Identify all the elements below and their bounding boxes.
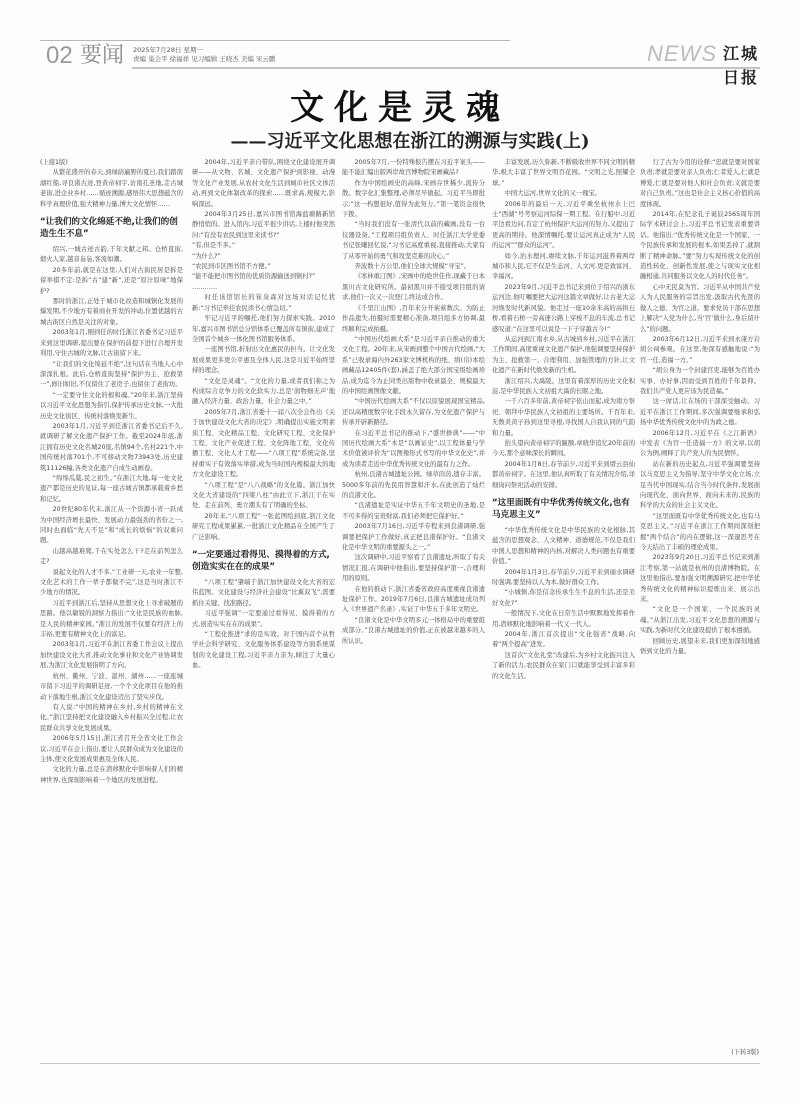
paragraph: “中国历代绘画大系”是习近平亲自推动的重大文化工程。20年来,从宋画到整个中国古… <box>342 335 485 397</box>
paragraph: “为什么?” <box>192 252 335 262</box>
paragraph: 从运河到江南水乡,从古城到乡村,习近平在浙江工作期间,高度重视文化遗产保护,他强… <box>492 335 635 377</box>
paragraph: 这一席话,让在场的干部深受触动。习近平在浙江工作期间,多次强调要继承和弘扬中华优… <box>640 397 760 428</box>
paragraph: 一千六百多年前,黄帝祠宇依山而起,成为南方祭祀、朝拜中华民族人文初祖的主要场所。… <box>492 397 635 439</box>
section-subheading: “让我们的文化绵延不绝,让我们的创造生生不息” <box>40 216 183 240</box>
paragraph: “文化是灵魂”。“文化的力量,或者我们称之为构成综合竞争力的文化软实力,总是‘润… <box>192 377 335 408</box>
paragraph: 20多年前,就是在这里,人们对古街民居是拆是留举棋不定:是拆“古”建“新”,还是… <box>40 266 183 297</box>
paragraph: 2003年7月16日,习近平专程来到良渚调研,强调要把保护工作做好,真正把良渚保… <box>342 522 485 553</box>
paragraph: “农民到市区图书馆不方便。” <box>192 262 335 272</box>
paragraph: 这首次“文化礼堂”改建后,为乡村文化振兴注入了新的活力,农民群众在家门口就能享受… <box>492 651 635 682</box>
paragraph: ………… <box>192 283 335 293</box>
continued-note: (下转3版) <box>731 1047 759 1056</box>
article-subheadline: ——习近平文化思想在浙江的溯源与实践(上) <box>0 130 800 154</box>
paragraph: 在习近平总书记的推动下,“盛世修典”——“中国历代绘画大系”本是“以画证史”,以… <box>342 429 485 471</box>
paragraph: 文化的力量,总是在潜移默化中影响着人们的精神世界,也深刻影响着一个地区的发展进程… <box>40 765 183 786</box>
paragraph: 2003年1月,习近平在浙江省委工作会议上提出加快建设文化大省,推动文化事业和文… <box>40 640 183 671</box>
paragraph: 2014年,在纪念孔子诞辰2565周年国际学术研讨会上,习近平总书记发表重要讲话… <box>640 210 760 283</box>
paragraph: “绵绵瓜瓞,民之初生。”在浙江大地,每一处文化遗产都是历史的见证,每一座古城古镇… <box>40 474 183 505</box>
paragraph: “八项工程”肇端于浙江加快建设文化大省的宏伟蓝图。文化建设与经济社会建设“比翼双… <box>192 578 335 609</box>
column-5: 行了古为今用的诠释:“忠就是要对国家负责;孝就是要对亲人负责;仁者爱人,仁就是博… <box>640 158 760 1038</box>
paragraph: 抬头望向黄帝祠宇的匾额,章晓华追忆20年前的今天,那个意味深长的瞬间。 <box>492 439 635 460</box>
section-subheading: “这里面既有中华优秀传统文化,也有马克思主义” <box>492 497 635 521</box>
paragraph: 2003年6月12日,习近平来到永康方岩胡公祠参观。在这里,他深有感触地说:“为… <box>640 335 760 366</box>
paragraph: 2004年,习近平亲自带队,围绕文化建设展开调研——从文物、名城、文化遗产保护到… <box>192 158 335 210</box>
paragraph: “有,但是不多。” <box>192 241 335 251</box>
paragraph: 20世纪80年代末,浙江从一个资源小省一跃成为中国经济增长最快、发展动力最强劲的… <box>40 505 183 547</box>
staff-credits: 责编 巢会平 徐福祥 见习编辑 王晓杰 美编 宋云鹏 <box>133 55 275 64</box>
paragraph: 2004年3月25日,嘉兴市图书馆海盐塘路新馆静悄悄的。进入馆内,习近平很少讲话… <box>192 210 335 241</box>
masthead-bottom-rule <box>132 67 760 69</box>
paragraph: “文化是一个国家、一个民族的灵魂。”从浙江出发,习近平文化思想的溯源与实践,为新… <box>640 605 760 636</box>
paragraph: 那时的浙江,正处于城市化改造和城镇化发展的爆发期,不少地方有着商业开发的冲动,位… <box>40 297 183 328</box>
paragraph: 山越高越难爬,千在实处怎么干?走在前列怎么走? <box>40 547 183 568</box>
paragraph: 2006年5月15日,浙江省召开全省文化工作会议,习近平在会上指出,要让人民群众… <box>40 734 183 765</box>
paragraph: “工程化推进”求的是实效。对于国内首个从哲学社会科学研究、文化服务体系建设等方面… <box>192 630 335 672</box>
issue-meta: 2025年7月28日 星期一 责编 巢会平 徐福祥 见习编辑 王晓杰 美编 宋云… <box>133 46 275 64</box>
paragraph: 丰富发展,历久弥新,不断吸收世界不同文明的精华,极大丰富了世界文明百花园。“文明… <box>492 158 635 189</box>
news-label: NEWS <box>647 41 717 67</box>
newspaper-logo: 江城日报 <box>723 42 760 90</box>
paragraph: 一座图书馆,折射出文化惠民的担当。让文化发展成果更多更公平惠及全体人民,这是习近… <box>192 345 335 376</box>
paragraph: 说起文化的人才不多,“工业研一天,农业一年整,文化艺术的工作一辈子都做不完”,这… <box>40 568 183 599</box>
paragraph: 杭州、衢州、宁波、温州、湖州……一座座城市留下习近平的调研足迹,一个个文化项目在… <box>40 672 183 703</box>
paragraph: 中国大运河,世界文化的又一瑰宝。 <box>492 189 635 199</box>
paragraph: 有人说:“中国的精神在乡村,乡村的精神在文化。”浙江坚持把文化建设融入乡村振兴全… <box>40 703 183 734</box>
paragraph: 2023年9月20日,习近平总书记来到浙江考察,第一站就是杭州的良渚博物院。在这… <box>640 553 760 605</box>
paragraph: “中华优秀传统文化是中华民族的文化根脉,其蕴含的思想观念、人文精神、道德规范,不… <box>492 526 635 568</box>
section-subheading: “一定要通过看得见、摸得着的方式,创造实实在在的成果” <box>192 549 335 573</box>
paragraph: 奔波数十万公里,他们全球大规模“寻宝”。 <box>342 262 485 272</box>
paragraph: 心中无民莫为官。习近平从中国共产党人为人民服务的宗旨出发,汲取古代先贤的做人之德… <box>640 283 760 335</box>
column-4: 丰富发展,历久弥新,不断吸收世界不同文明的精华,极大丰富了世界文明百花园。“文明… <box>492 158 635 1038</box>
paragraph: “胡公身为一个封建官吏,能够为百姓办实事、办好事,因而受到百姓的千年景仰。我们共… <box>640 366 760 397</box>
paragraph: 时任该馆馆长的崔泉森对这场对话记忆犹新:“习书记牵挂农民读书心情急切。” <box>192 293 335 314</box>
paragraph: 2003年1月,刚到任的时任浙江省委书记习近平来到这里调研,提出要在保护的前提下… <box>40 328 183 359</box>
paragraph: 如今,治水理河,赓续文脉,千年运河滋养着两岸城市和人民,它不仅是生态河、人文河,… <box>492 252 635 283</box>
paragraph: 2006年的最后一天,习近平乘坐杭州水上巴士“西湖”号考察运河综保一期工程。在行… <box>492 200 635 252</box>
paragraph: 行了古为今用的诠释:“忠就是要对国家负责;孝就是要对亲人负责;仁者爱人,仁就是博… <box>640 158 760 210</box>
column-1: (上接1版)从繁花盛开的春天,到绿荫遍野的夏日,我们踏南湖红船,寻良渚古迹,登黄… <box>40 158 183 1038</box>
paragraph: 2023年9月,习近平总书记来到位于绍兴的浙东运河边,他叮嘱要把大运河这篇文章做… <box>492 283 635 335</box>
paragraph: 作为中国绘画史的高峰,宋画存世稀少,流传分散。数字化汇集整理,必须尽早做起。习近… <box>342 179 485 221</box>
paragraph: 在他的推动下,浙江省委省政府高度重视良渚遗址保护工作。2019年7月6日,良渚古… <box>342 585 485 616</box>
section-title: 要闻 <box>80 43 124 69</box>
paragraph: 站在新的历史起点,习近平强调要坚持以马克思主义为指导,坚守中华文化立场,立足当代… <box>640 460 760 512</box>
column-3: 2005年7月,一份特殊报告摆在习近平案头——能不能汇编出版两岸故宫博物院宋画藏… <box>342 158 485 1038</box>
paragraph: “中国历代绘画大系”不仅以原貌展现国宝精品,还以高精度数字化手段永久留存,为文化… <box>342 397 485 428</box>
article-headline: 文化是灵魂 <box>0 88 800 128</box>
paragraph: (上接1版) <box>40 158 183 168</box>
paragraph: 绍兴,一城古迹古韵,千年文献之邦。仓桥直街,烟火人家,越音袅袅,客流如潮。 <box>40 245 183 266</box>
paragraph: “这里面既有中华优秀传统文化,也有马克思主义。”习近平在浙江工作期间深刻把握“两… <box>640 512 760 554</box>
paragraph: 2005年7月,一份特殊报告摆在习近平案头——能不能汇编出版两岸故宫博物院宋画藏… <box>342 158 485 179</box>
paragraph: 2004年,浙江首次提出“文化强省”战略,向着“两个提高”进发。 <box>492 630 635 651</box>
paragraph: 牢记习近平的嘱托,他们努力探索实践。2010年,嘉兴市图书馆总分馆体系已覆盖所有… <box>192 314 335 345</box>
masthead: 02 要闻 2025年7月28日 星期一 责编 巢会平 徐福祥 见习编辑 王晓杰… <box>40 40 760 70</box>
paragraph: 2005年7月,浙江省委十一届八次全会作出《关于加快建设文化大省的决定》,明确提… <box>192 408 335 481</box>
masthead-top-rule <box>40 40 510 41</box>
paragraph: 《千里江山图》,百年来分开萦萦数次。为防止作品遗失,拍摄时需要精心准备,项目组多… <box>342 304 485 335</box>
footer-rule <box>40 1063 760 1064</box>
paragraph: “小城镇,你是信念传承生生不息的生活,还是美好文化?” <box>492 588 635 609</box>
paragraph: 这次调研中,习近平察看了良渚遗址,听取了有关情况汇报,在调研中他指出,要坚持保护… <box>342 553 485 584</box>
paragraph: “一定要守住文化的根和魂。”20年来,浙江坚持以习近平文化思想为指引,保护传承历… <box>40 391 183 422</box>
paragraph: 杭州,良渚古城遗址公园。绿草茵茵,遗存丰富。5000多年前的先民用智慧和汗水,在… <box>342 470 485 501</box>
paragraph: 2004年1月8日,春节前夕,习近平来到缙云县仙都黄帝祠宇。在这里,他认真听取了… <box>492 460 635 491</box>
paragraph: 2004年1月3日,春节前夕,习近平来到丽水调研时强调,要坚持以人为本,做好群众… <box>492 568 635 589</box>
paragraph: “让我们的文化绵延不绝”,这句话在当地人心中深深扎根。此后,仓桥直街坚持“保护为… <box>40 360 183 391</box>
paragraph: 习近平强调“一定要通过看得见、摸得着的方式,创造实实在在的成果”。 <box>192 609 335 630</box>
paragraph: “八项工程”是“八八战略”的文化篇。浙江加快文化大省建设的“四梁八柱”由此立下,… <box>192 481 335 512</box>
paragraph: 20年来,“八项工程”一张蓝图绘到底,浙江文化研究工程成果累累,一批浙江文化精品… <box>192 512 335 543</box>
page-number: 02 <box>46 43 73 69</box>
paragraph: 一般情况下,文化在日常生活中默默地发挥着作用,潜移默化地影响着一代又一代人。 <box>492 609 635 630</box>
paragraph: 浙江绍兴,大禹陵。这里有着深厚的历史文化积淀,是中华民族人文初祖大禹的长眠之地。 <box>492 377 635 398</box>
paragraph: “良渚遗址是实证中华五千年文明史的圣地,是不可多得的宝贵财富,我们必须把它保护好… <box>342 501 485 522</box>
paragraph: 回顾历史,展望未来,我们更加深刻地感悟到文化的力量。 <box>640 637 760 658</box>
paragraph: 2003年1月,习近平到任浙江省委书记后不久,就调研了解文化遗产保护工作。截至2… <box>40 422 183 474</box>
paragraph: 习近平到浙江后,坚持从思想文化上寻求破题的思路。他以敏锐的洞察力指出:“文化是民… <box>40 599 183 641</box>
paragraph: “良渚文化是中华文明多元一体格局中的重要组成部分。”良渚古城遗址的价值,正在被越… <box>342 616 485 647</box>
paragraph: 2006年12月,习近平在《之江新语》中发表《为官一任造福一方》的文章,以胡公为… <box>640 429 760 460</box>
issue-date: 2025年7月28日 星期一 <box>133 46 275 55</box>
article-body: (上接1版)从繁花盛开的春天,到绿荫遍野的夏日,我们踏南湖红船,寻良渚古迹,登黄… <box>40 158 760 1038</box>
paragraph: “当时我们没有一张清代以前的藏画,没有一台仪器设备。”工程项目组负责人、时任浙江… <box>342 220 485 262</box>
paragraph: 从繁花盛开的春天,到绿荫遍野的夏日,我们踏南湖红船,寻良渚古迹,登黄帝祠宇,访南… <box>40 168 183 210</box>
paragraph: 《寒林重汀图》,宋画中的绝世佳作,现藏于日本黑川古文化研究所。最初黑川并不接受项… <box>342 272 485 303</box>
paragraph: “能不能把市图书馆的优质资源输送到镇村?” <box>192 272 335 282</box>
column-2: 2004年,习近平亲自带队,围绕文化建设展开调研——从文物、名城、文化遗产保护到… <box>192 158 335 1038</box>
